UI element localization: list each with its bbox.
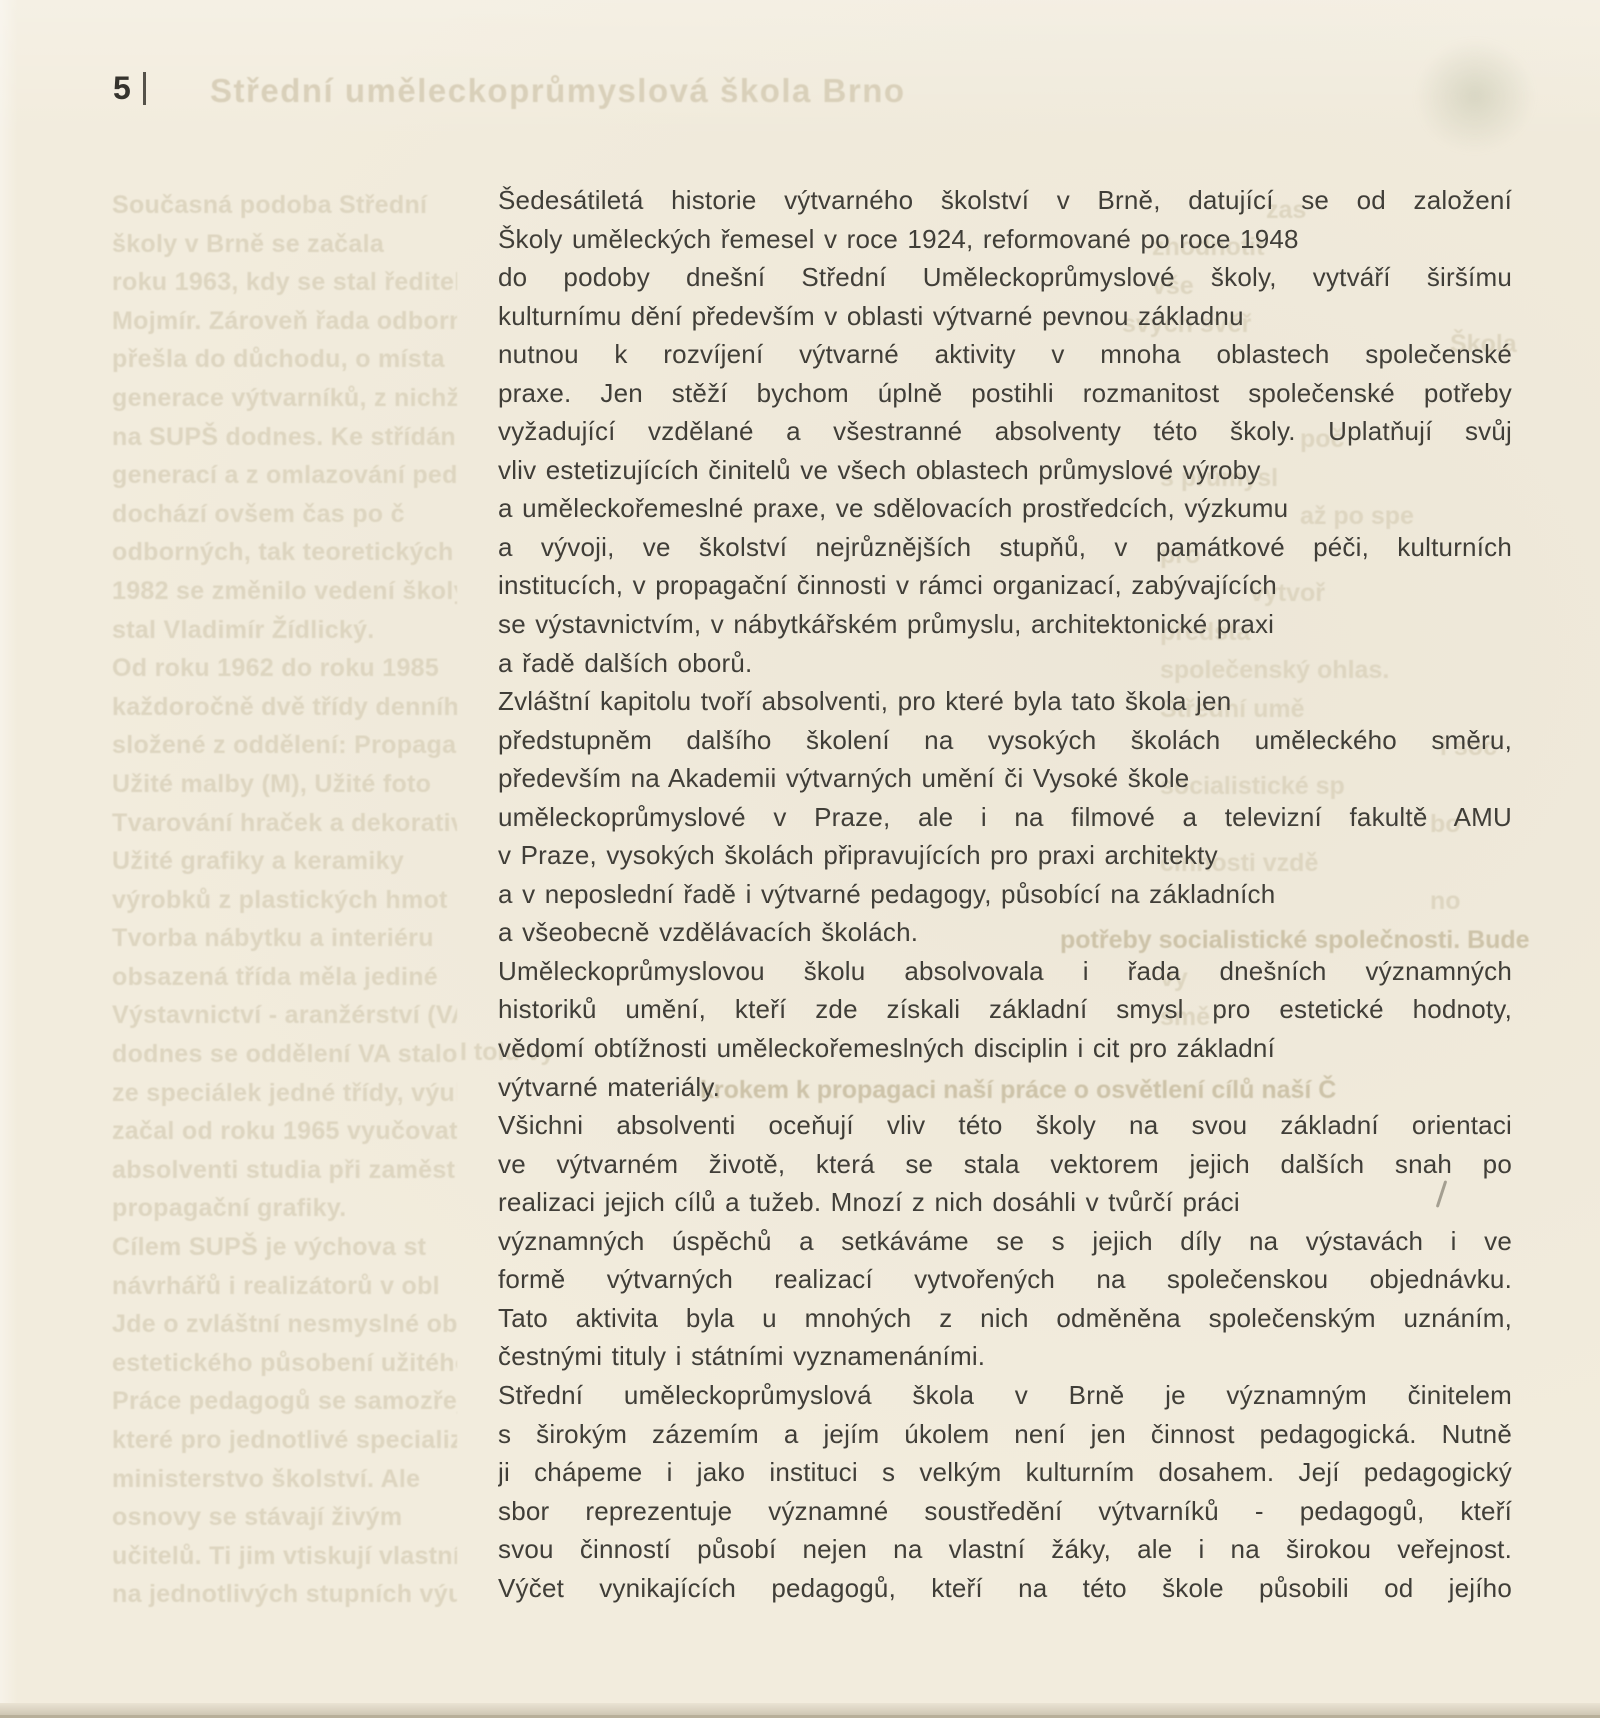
text-line: formě výtvarných realizací vytvořených n… [498, 1260, 1512, 1299]
ghost-text-line: odborných, tak teoretických [112, 533, 457, 572]
text-line: s širokým zázemím a jejím úkolem není je… [498, 1415, 1512, 1454]
ghost-text-line: které pro jednotlivé specializace [112, 1421, 457, 1460]
ghost-text-line: estetického působení užitého [112, 1344, 457, 1383]
text-line: institucích, v propagační činnosti v rám… [498, 566, 1512, 605]
ghost-text-line: návrhářů i realizátorů v obl [112, 1267, 457, 1306]
ghost-text-line: každoročně dvě třídy denního [112, 688, 457, 727]
text-line: významných úspěchů a setkáváme se s jeji… [498, 1222, 1512, 1261]
ghost-text-line: stal Vladimír Žídlický. [112, 611, 457, 650]
text-line: vyžadující vzdělané a všestranné absolve… [498, 412, 1512, 451]
text-line: praxe. Jen stěží bychom úplně postihli r… [498, 374, 1512, 413]
page-number: 5 [113, 70, 132, 107]
text-line: a řadě dalších oborů. [498, 644, 1512, 683]
text-line: uměleckoprůmyslové v Praze, ale i na fil… [498, 798, 1512, 837]
ghost-text-line: Tvarování hraček a dekorativních [112, 804, 457, 843]
text-line: Školy uměleckých řemesel v roce 1924, re… [498, 220, 1512, 259]
text-line: a vývoji, ve školství nejrůznějších stup… [498, 528, 1512, 567]
page: Střední uměleckoprůmyslová škola Brno 5 … [0, 0, 1600, 1718]
text-line: vědomí obtížnosti uměleckořemeslných dis… [498, 1029, 1512, 1068]
text-line: Zvláštní kapitolu tvoří absolventi, pro … [498, 682, 1512, 721]
text-line: především na Akademii výtvarných umění č… [498, 759, 1512, 798]
ghost-text-line: obsazená třída měla jediné [112, 958, 457, 997]
ghost-text-column: Současná podoba Středníškoly v Brně se z… [112, 186, 457, 1614]
page-bottom-edge [0, 1703, 1600, 1718]
ghost-text-line: Tvorba nábytku a interiéru [112, 919, 457, 958]
text-line: Šedesátiletá historie výtvarného školstv… [498, 181, 1512, 220]
ghost-text-line: Od roku 1962 do roku 1985 [112, 649, 457, 688]
ghost-text-line: roku 1963, kdy se stal ředitelem [112, 263, 457, 302]
ghost-text-line: učitelů. Ti jim vtiskují vlastní [112, 1537, 457, 1576]
ghost-text-line: 1982 se změnilo vedení školy [112, 572, 457, 611]
text-line: v Praze, vysokých školách připravujících… [498, 836, 1512, 875]
text-line: kulturnímu dění především v oblasti výtv… [498, 297, 1512, 336]
text-line: ve výtvarném životě, která se stala vekt… [498, 1145, 1512, 1184]
text-line: Střední uměleckoprůmyslová škola v Brně … [498, 1376, 1512, 1415]
ghost-text-line: výrobků z plastických hmot [112, 881, 457, 920]
ghost-text-line: absolventi studia při zaměstnání [112, 1151, 457, 1190]
ghost-text-line: Užité malby (M), Užité foto [112, 765, 457, 804]
text-line: a v neposlední řadě i výtvarné pedagogy,… [498, 875, 1512, 914]
text-line: a všeobecně vzdělávacích školách. [498, 913, 1512, 952]
text-line: Tato aktivita byla u mnohých z nich odmě… [498, 1299, 1512, 1338]
text-line: realizaci jejich cílů a tužeb. Mnozí z n… [498, 1183, 1512, 1222]
ghost-text-line: složené z oddělení: Propagační [112, 726, 457, 765]
text-line: nutnou k rozvíjení výtvarné aktivity v m… [498, 335, 1512, 374]
text-line: sbor reprezentuje významné soustředění v… [498, 1492, 1512, 1531]
text-line: se výstavnictvím, v nábytkářském průmysl… [498, 605, 1512, 644]
ghost-text-line: generací a z omlazování ped [112, 456, 457, 495]
ghost-text-line: na jednotlivých stupních výuky [112, 1575, 457, 1614]
ghost-text-line: Jde o zvláštní nesmyslné obl [112, 1305, 457, 1344]
text-line: ji chápeme i jako instituci s velkým kul… [498, 1453, 1512, 1492]
text-line: výtvarné materiály. [498, 1068, 1512, 1107]
ghost-text-line: začal od roku 1965 vyučovat [112, 1112, 457, 1151]
ghost-text-line: Výstavnictví - aranžérství (VA) [112, 996, 457, 1035]
ghost-text-line: ministerstvo školství. Ale [112, 1460, 457, 1499]
ghost-heading: Střední uměleckoprůmyslová škola Brno [210, 72, 906, 110]
ghost-text-line: na SUPŠ dodnes. Ke střídání [112, 418, 457, 457]
text-line: do podoby dnešní Střední Uměleckoprůmysl… [498, 258, 1512, 297]
ghost-text-line: školy v Brně se začala [112, 225, 457, 264]
ghost-text-line: generace výtvarníků, z nichž [112, 379, 457, 418]
text-line: Výčet vynikajících pedagogů, kteří na té… [498, 1569, 1512, 1608]
ghost-text-line: dochází ovšem čas po č [112, 495, 457, 534]
text-line: předstupněm dalšího školení na vysokých … [498, 721, 1512, 760]
text-line: svou činností působí nejen na vlastní žá… [498, 1530, 1512, 1569]
scan-smudge [1416, 40, 1534, 152]
ghost-text-line: Současná podoba Střední [112, 186, 457, 225]
text-line: vliv estetizujících činitelů ve všech ob… [498, 451, 1512, 490]
ghost-text-line: Užité grafiky a keramiky [112, 842, 457, 881]
ghost-text-line: přešla do důchodu, o místa [112, 340, 457, 379]
page-number-block: 5 [113, 70, 146, 107]
text-line: a uměleckořemeslné praxe, ve sdělovacích… [498, 489, 1512, 528]
ghost-text-line: dodnes se oddělení VA stalo [112, 1035, 457, 1074]
text-line: čestnými tituly i státními vyznamenáními… [498, 1337, 1512, 1376]
text-line: historiků umění, kteří zde získali zákla… [498, 990, 1512, 1029]
ghost-text-line: Práce pedagogů se samozřejmě [112, 1382, 457, 1421]
ghost-text-line: ze speciálek jedné třídy, výuka [112, 1074, 457, 1113]
text-line: Všichni absolventi oceňují vliv této ško… [498, 1106, 1512, 1145]
body-text: Šedesátiletá historie výtvarného školstv… [498, 181, 1512, 1607]
ghost-text-line: osnovy se stávají živým [112, 1498, 457, 1537]
ghost-text-line: Mojmír. Zároveň řada odborníků [112, 302, 457, 341]
text-line: Uměleckoprůmyslovou školu absolvovala i … [498, 952, 1512, 991]
ghost-text-line: propagační grafiky. [112, 1189, 457, 1228]
ghost-text-line: Cílem SUPŠ je výchova st [112, 1228, 457, 1267]
page-number-divider [143, 72, 146, 105]
